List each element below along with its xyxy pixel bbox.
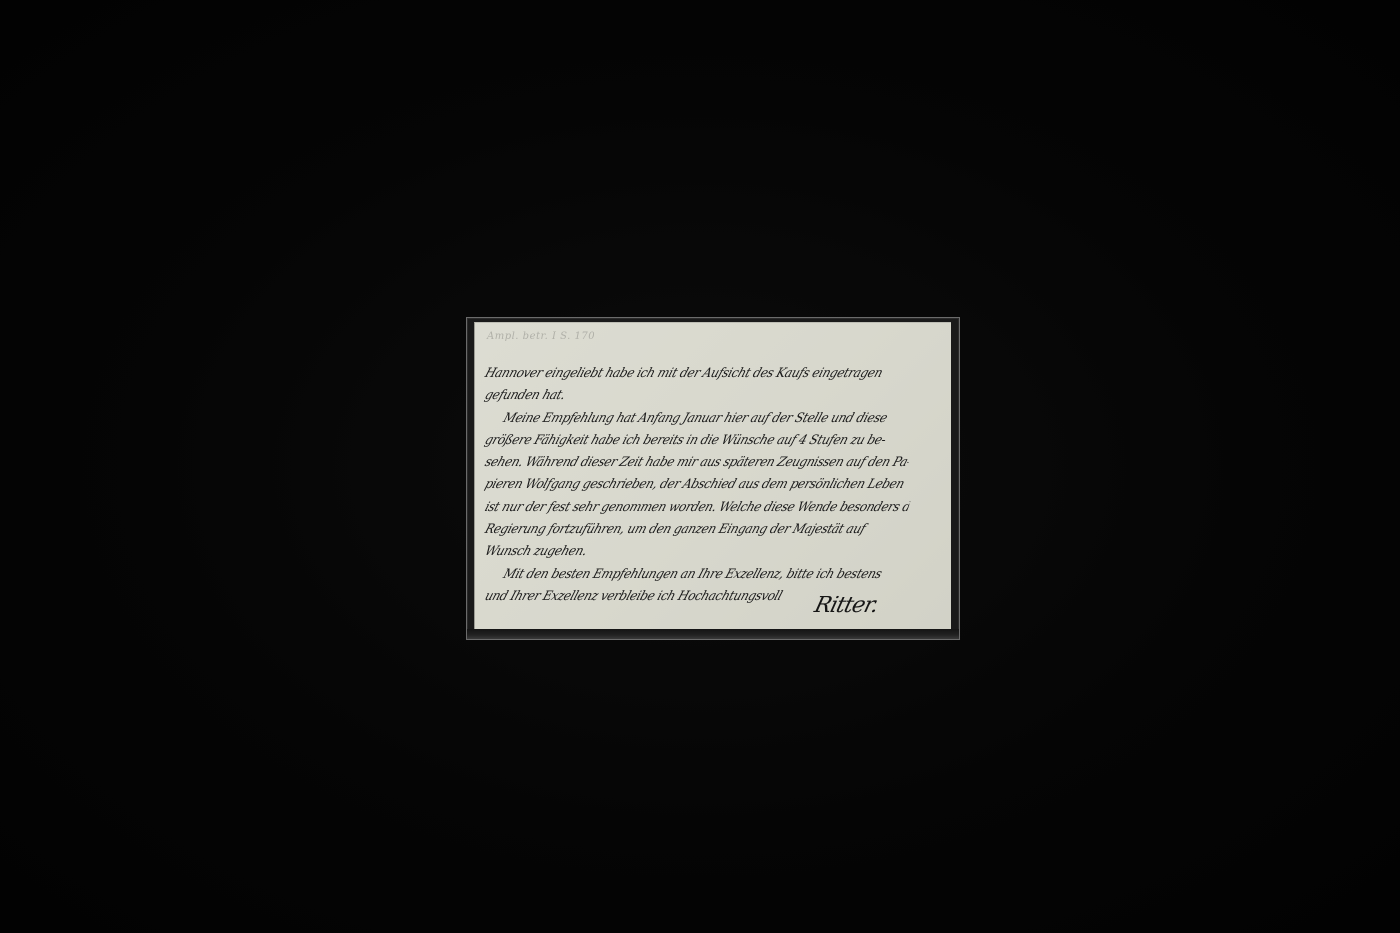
handwritten-line: größere Fähigkeit habe ich bereits in di… [481,430,911,452]
handwritten-line: gefunden hat. [481,385,911,407]
handwritten-line: ist nur der fest sehr genommen worden. W… [481,497,911,519]
handwritten-line: sehen. Während dieser Zeit habe mir aus … [481,452,911,474]
handwritten-line: Regierung fortzuführen, um den ganzen Ei… [481,519,911,541]
sleeve-bottom-edge [467,629,959,639]
photo-backdrop: Ampl. betr. I S. 170 Hannover eingeliebt… [0,0,1400,933]
handwritten-line: pieren Wolfgang geschrieben, der Abschie… [481,474,911,496]
handwritten-line: Mit den besten Empfehlungen an Ihre Exze… [481,564,911,586]
handwritten-line: Meine Empfehlung hat Anfang Januar hier … [481,408,911,430]
archive-pencil-note: Ampl. betr. I S. 170 [487,331,595,342]
signature-area: Ritter. [815,593,877,618]
handwritten-line: Wunsch zugehen. [481,541,911,563]
signature: Ritter. [812,593,881,618]
handwritten-line: Hannover eingeliebt habe ich mit der Auf… [481,363,911,385]
letter-body: Hannover eingeliebt habe ich mit der Auf… [485,363,945,608]
letter-card: Ampl. betr. I S. 170 Hannover eingeliebt… [474,322,951,629]
